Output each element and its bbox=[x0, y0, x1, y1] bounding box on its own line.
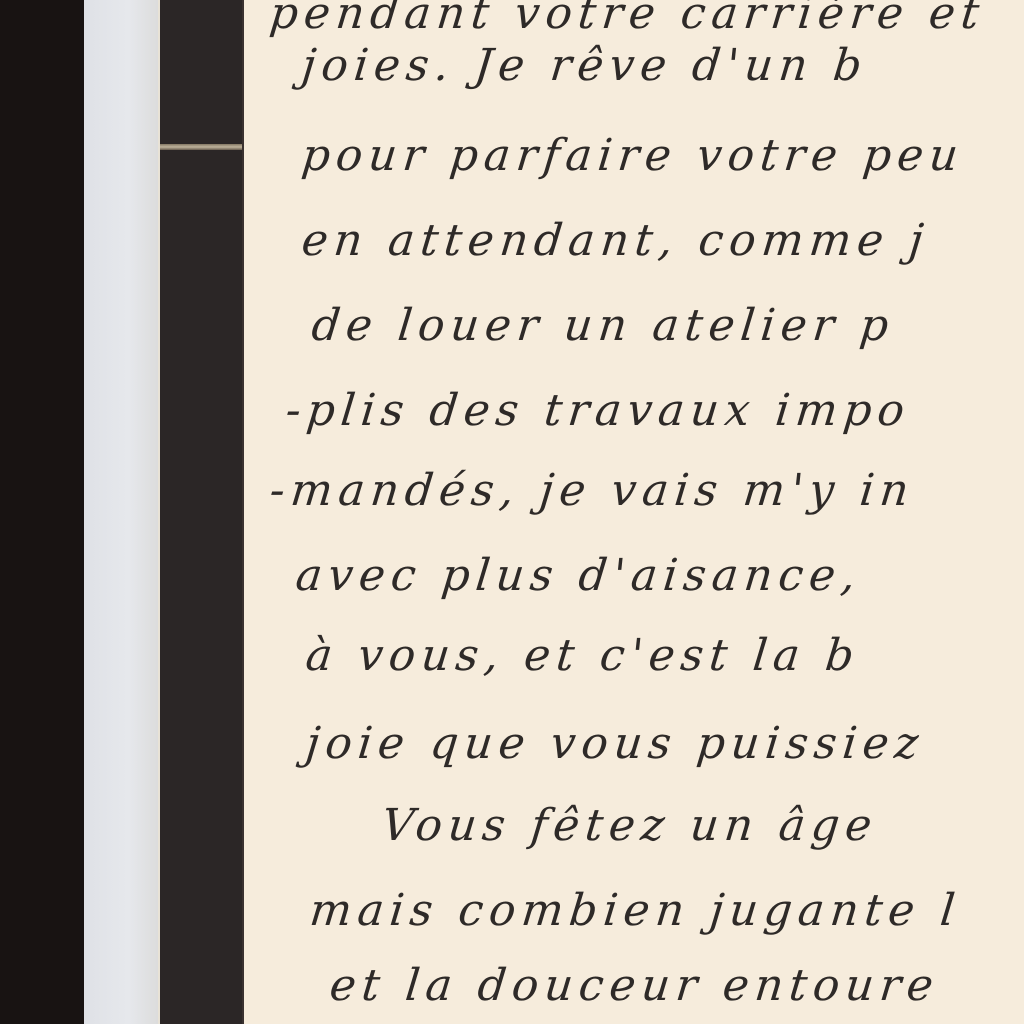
handwritten-line: en attendant, comme j bbox=[299, 215, 931, 266]
scan-background-light bbox=[84, 0, 158, 1024]
handwritten-line: Vous fêtez un âge bbox=[379, 800, 880, 851]
handwritten-line: mais combien jugante l bbox=[307, 885, 963, 936]
mourning-border bbox=[158, 0, 242, 1024]
handwritten-line: joies. Je rêve d'un b bbox=[299, 40, 870, 91]
handwritten-line: avec plus d'aisance, bbox=[293, 550, 864, 601]
paper-fold-crease bbox=[160, 144, 242, 150]
scan-background-dark bbox=[0, 0, 84, 1024]
handwritten-line: pour parfaire votre peu bbox=[299, 130, 966, 181]
handwritten-line: -mandés, je vais m'y in bbox=[267, 465, 917, 516]
handwritten-line: pendant votre carrière et bbox=[267, 0, 987, 39]
handwritten-line: et la douceur entoure bbox=[327, 960, 941, 1011]
handwritten-line: de louer un atelier p bbox=[309, 300, 897, 351]
handwritten-line: joie que vous puissiez bbox=[303, 718, 926, 769]
handwritten-line: à vous, et c'est la b bbox=[303, 630, 862, 681]
handwritten-line: -plis des travaux impo bbox=[283, 385, 913, 436]
